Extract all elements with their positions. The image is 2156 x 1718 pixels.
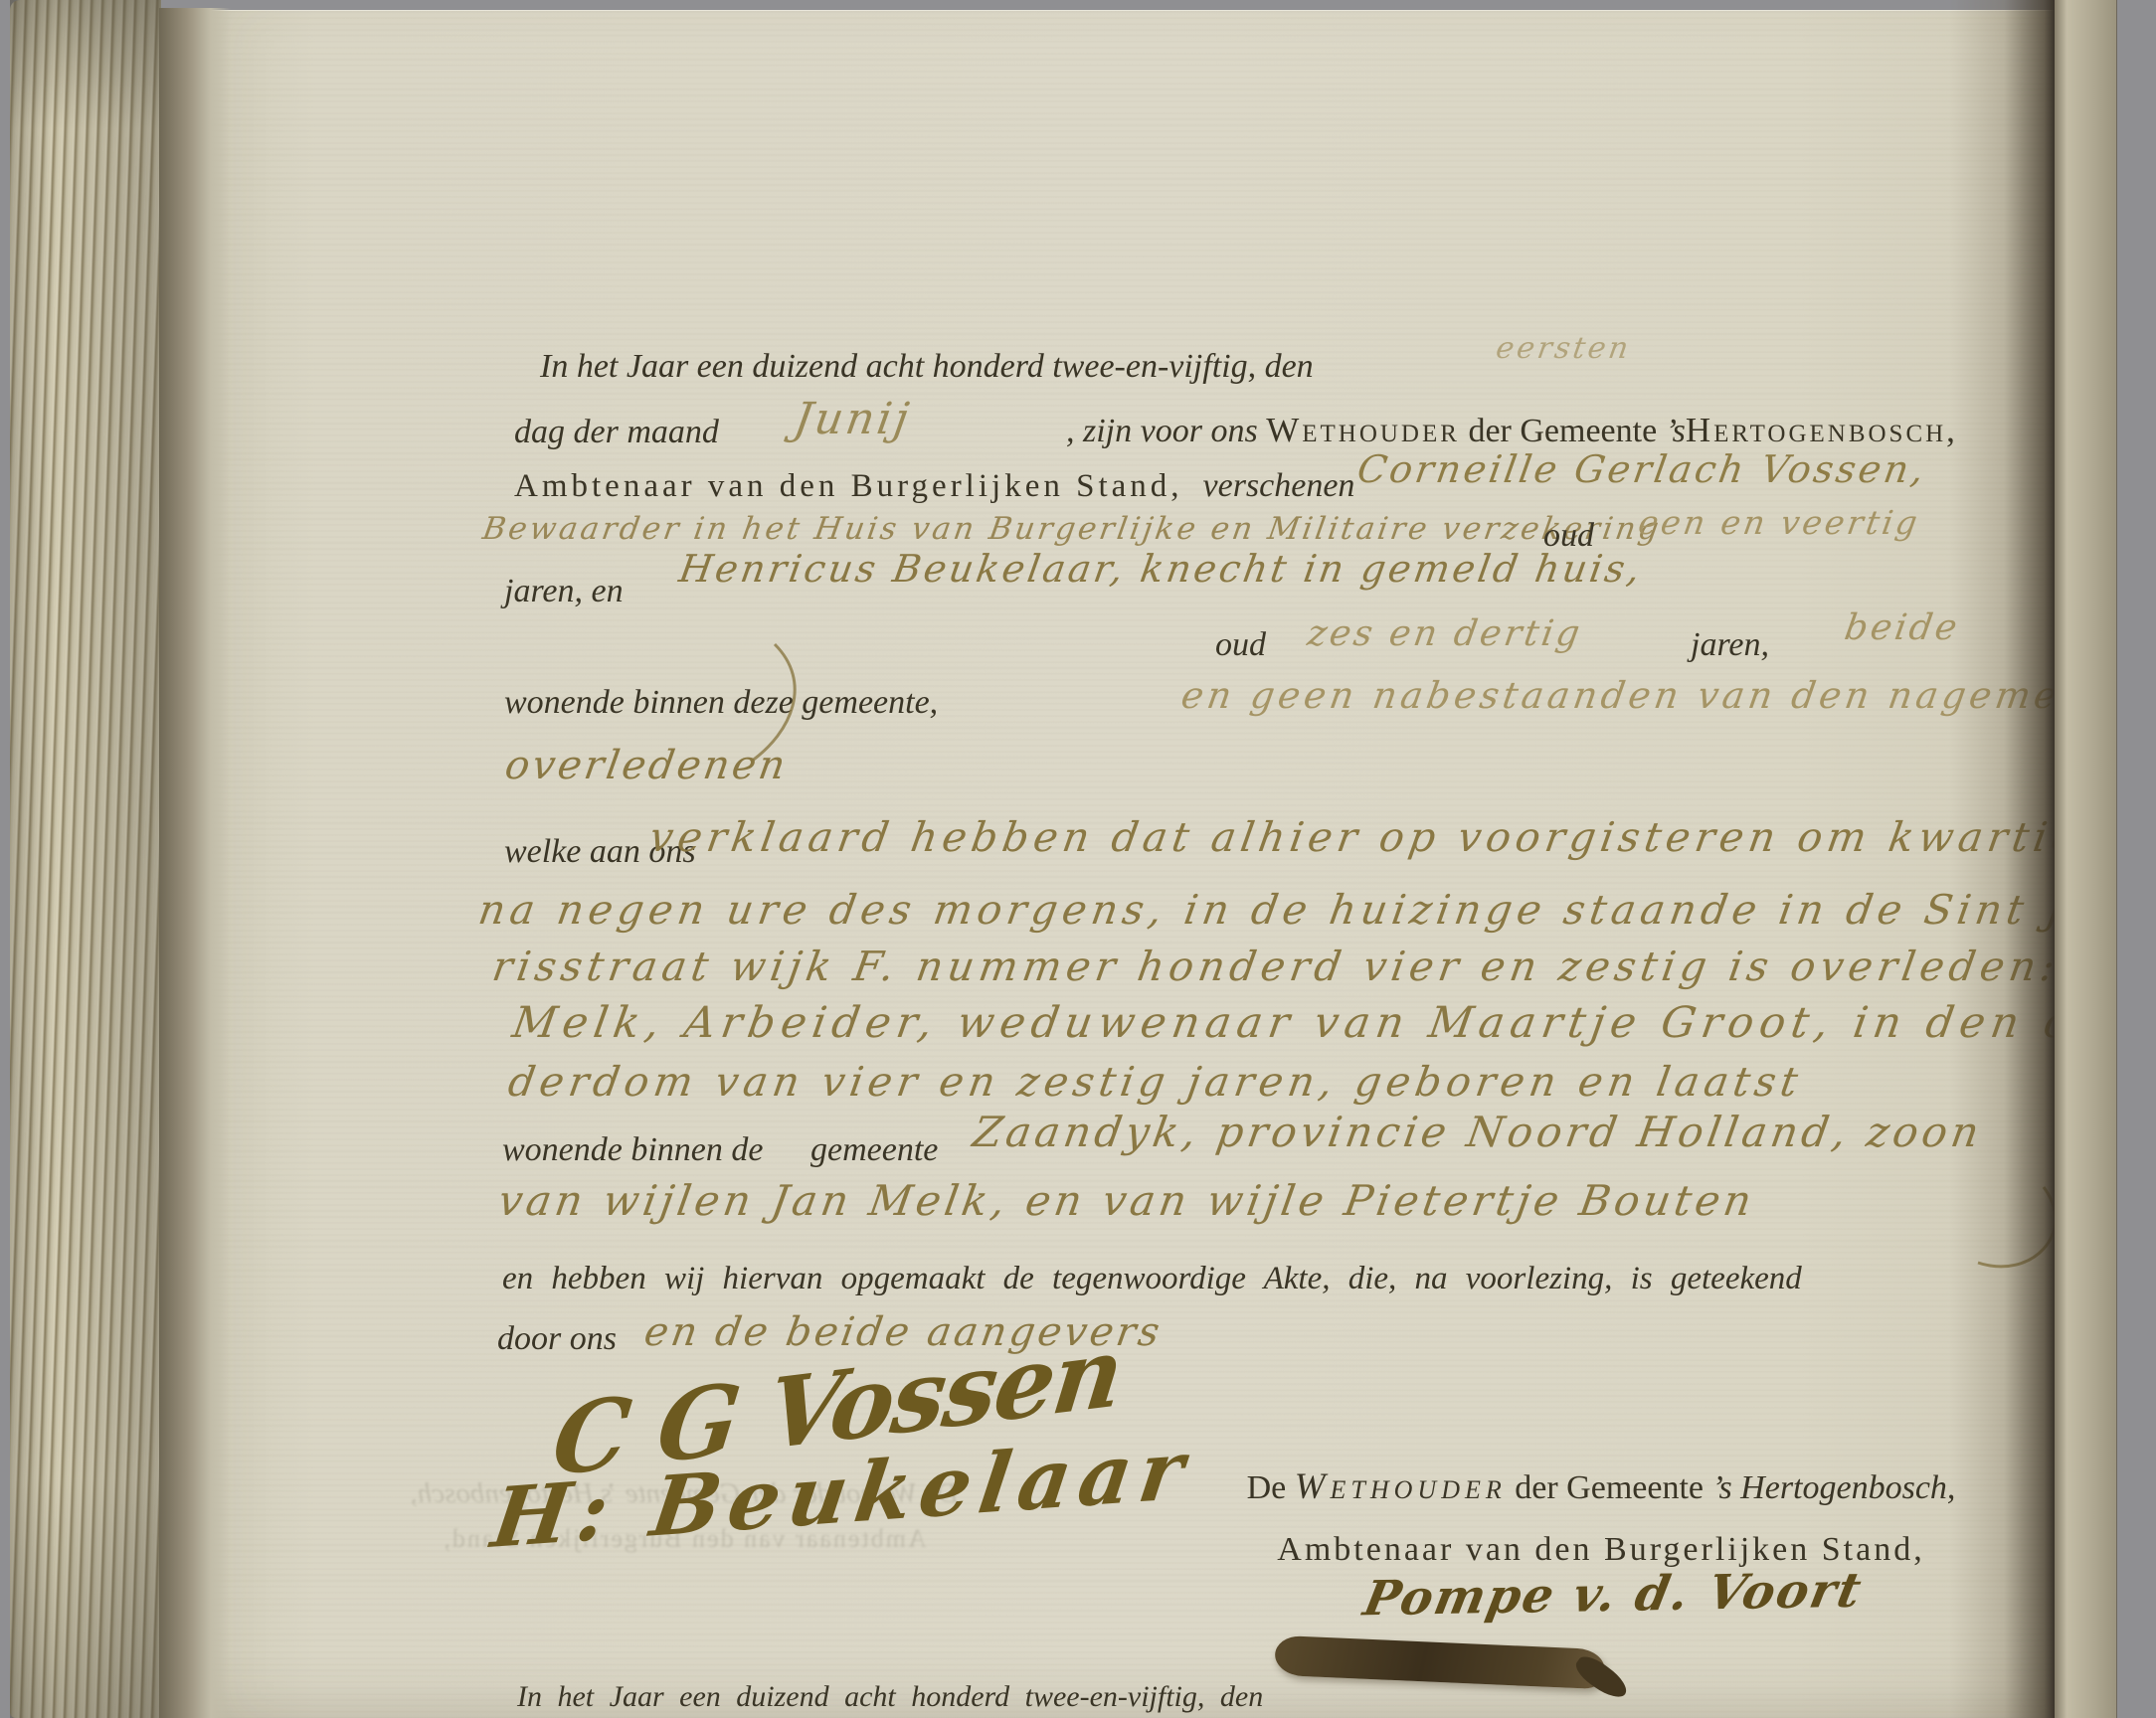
act-line11-hand-declaration: risstraat wijk F. nummer honderd vier en… [489, 945, 2156, 989]
act-line13-hand-age-deceased: derdom van vier en zestig jaren, geboren… [505, 1060, 1806, 1105]
official-title-line1: De Wethouder der Gemeente ’s Hertogenbos… [1203, 1467, 1999, 1508]
act-line6-printed-oud: oud [1215, 626, 1266, 663]
ambtenaar-label: Ambtenaar van den Burgerlijken Stand, [514, 468, 1183, 504]
act-line1-printed: In het Jaar een duizend acht honderd twe… [540, 348, 1314, 385]
gutter-shadow [159, 8, 231, 1718]
act-line4-hand-occupation: Bewaarder in het Huis van Burgerlijke en… [480, 512, 1664, 546]
act-line3-hand-declarant1-name: Corneille Gerlach Vossen, [1354, 449, 1929, 491]
act-line2-zijn-voor-ons: , zijn voor ons [1066, 413, 1266, 449]
act-line6-printed-jaren: jaren, [1691, 626, 1769, 663]
act-line7-hand-nabestaanden: en geen nabestaanden van den nagemelden [1178, 676, 2156, 717]
official-wethouder-smallcaps: Wethouder [1295, 1466, 1507, 1507]
next-act-line1-printed: In het Jaar een duizend acht honderd twe… [517, 1680, 1263, 1713]
act-line2-printed-right: , zijn voor ons Wethouder der Gemeente ’… [1066, 412, 1958, 450]
act-line2-der-gemeente: der Gemeente [1460, 413, 1666, 449]
scanner-background-right [2116, 0, 2156, 1718]
official-der-gemeente: der Gemeente [1507, 1469, 1712, 1506]
verschenen-label: verschenen [1203, 467, 1355, 504]
official-title-line2: Ambtenaar van den Burgerlijken Stand, [1203, 1531, 1999, 1568]
act-line4-hand-age1: een en veertig [1636, 505, 1922, 541]
act-line2-printed-label: dag der maand [514, 414, 719, 450]
act-line1-hand-day: eersten [1494, 332, 1634, 365]
hertogenbosch-smallcaps: Hertogenbosch, [1686, 411, 1958, 449]
act-line10-hand-declaration: na negen ure des morgens, in de huizinge… [475, 888, 2119, 933]
act-line6-hand-beide: beide [1842, 608, 1962, 648]
act-line6-hand-age2: zes en dertig [1305, 614, 1585, 654]
book-page-edges-left [10, 0, 161, 1718]
act-line14-printed-gemeente: gemeente [810, 1131, 938, 1168]
pen-flourish-icon [741, 636, 830, 766]
next-page-edge [2055, 0, 2116, 1718]
official-de: De [1247, 1469, 1295, 1506]
wethouder-smallcaps: Wethouder [1266, 411, 1460, 449]
act-line7-printed-wonende: wonende binnen deze gemeente, [504, 684, 938, 721]
act-line3-printed: Ambtenaar van den Burgerlijken Stand, ve… [514, 467, 1354, 504]
official-apostrophe-s: ’s [1712, 1469, 1741, 1506]
act-line9-hand-declaration: verklaard hebben dat alhier op voorgiste… [646, 815, 2108, 860]
act-line2-hand-month: Junij [791, 396, 915, 443]
act-line5-printed-jaren-en: jaren, en [504, 573, 624, 609]
signature-official: Pompe v. d. Voort [1359, 1565, 1867, 1627]
act-line14-hand-birthplace: Zaandyk, provincie Noord Holland, zoon [970, 1110, 1986, 1155]
apostrophe-s: ’s [1666, 413, 1686, 449]
act-line14-printed-wonende: wonende binnen de [502, 1131, 764, 1168]
official-city: Hertogenbosch, [1740, 1469, 1955, 1506]
act-line17-printed-doorons: door ons [497, 1320, 617, 1357]
act-line16-printed-closing: en hebben wij hiervan opgemaakt de tegen… [502, 1261, 1802, 1296]
act-line12-hand-deceased: Melk, Arbeider, weduwenaar van Maartje G… [509, 1000, 2133, 1047]
act-line15-hand-parents: van wijlen Jan Melk, en van wijle Pieter… [495, 1178, 1758, 1224]
act-line5-hand-declarant2: Henricus Beukelaar, knecht in gemeld hui… [676, 549, 1646, 591]
